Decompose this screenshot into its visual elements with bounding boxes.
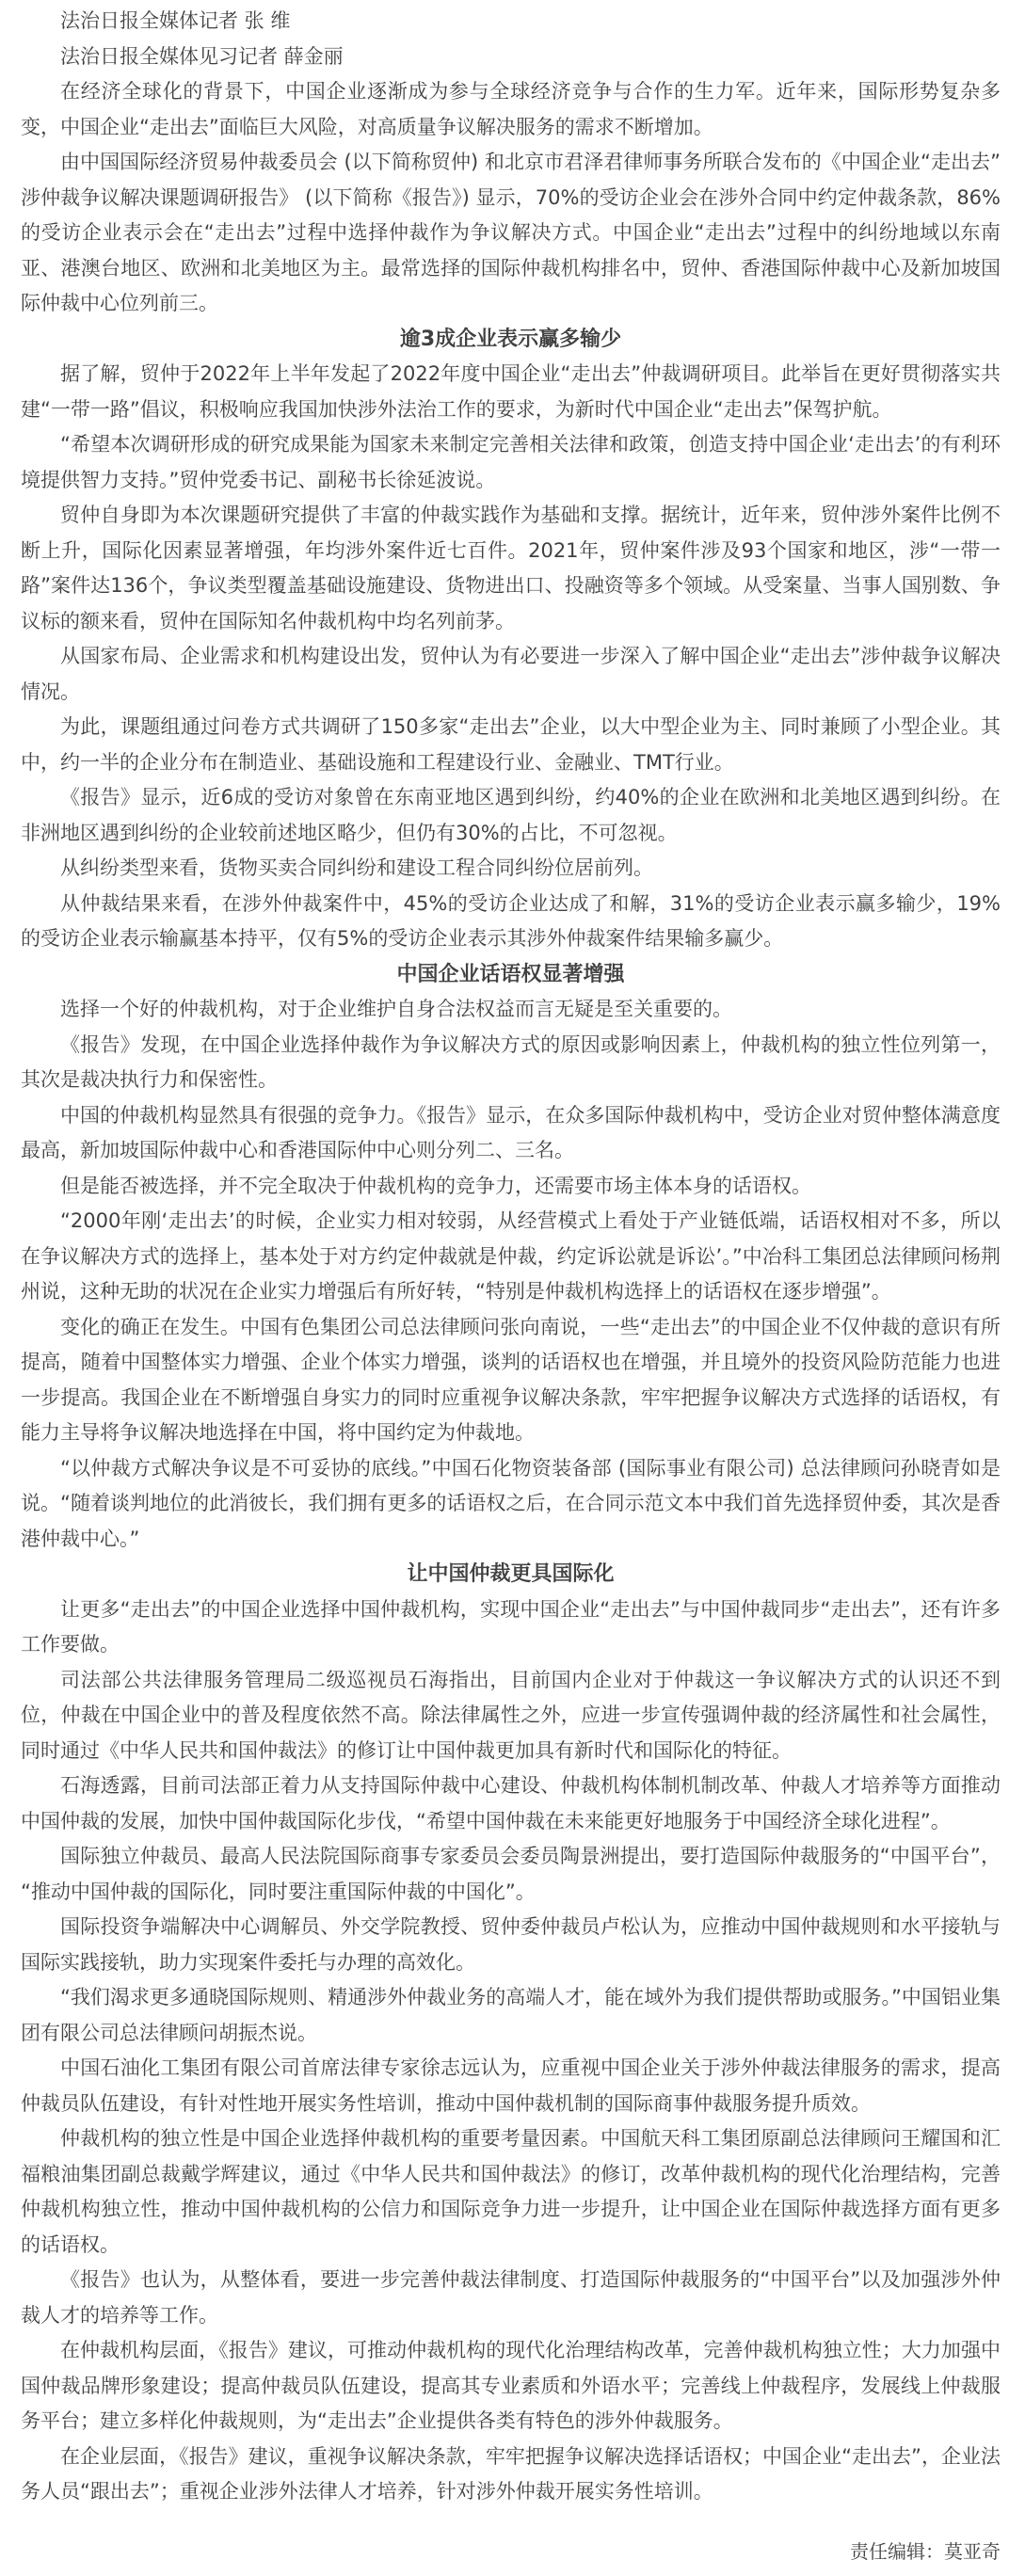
article-page: { "page": { "background_color": "#ffffff… (0, 0, 1025, 2576)
paragraph: “我们渴求更多通晓国际规则、精通涉外仲裁业务的高端人才，能在域外为我们提供帮助或… (21, 1980, 1001, 2051)
section-heading-3: 让中国仲裁更具国际化 (21, 1557, 1001, 1592)
paragraph: 在企业层面，《报告》建议，重视争议解决条款，牢牢把握争议解决选择话语权；中国企业… (21, 2440, 1001, 2510)
paragraph: 在仲裁机构层面，《报告》建议，可推动仲裁机构的现代化治理结构改革，完善仲裁机构独… (21, 2333, 1001, 2440)
editor-credit: 责任编辑：莫亚奇 (850, 2540, 1001, 2563)
paragraph: 《报告》也认为，从整体看，要进一步完善仲裁法律制度、打造国际仲裁服务的“中国平台… (21, 2263, 1001, 2333)
paragraph: 中国石油化工集团有限公司首席法律专家徐志远认为，应重视中国企业关于涉外仲裁法律服… (21, 2051, 1001, 2121)
paragraph: 《报告》显示，近6成的受访对象曾在东南亚地区遇到纠纷，约40%的企业在欧洲和北美… (21, 780, 1001, 851)
paragraph: 由中国国际经济贸易仲裁委员会 (以下简称贸仲) 和北京市君泽君律师事务所联合发布… (21, 145, 1001, 322)
paragraph: 让更多“走出去”的中国企业选择中国仲裁机构，实现中国企业“走出去”与中国仲裁同步… (21, 1592, 1001, 1663)
paragraph: 从纠纷类型来看，货物买卖合同纠纷和建设工程合同纠纷位居前列。 (21, 851, 1001, 887)
paragraph: 中国的仲裁机构显然具有很强的竞争力。《报告》显示，在众多国际仲裁机构中，受访企业… (21, 1098, 1001, 1169)
paragraph: 《报告》发现，在中国企业选择仲裁作为争议解决方式的原因或影响因素上，仲裁机构的独… (21, 1028, 1001, 1098)
paragraph: 国际独立仲裁员、最高人民法院国际商事专家委员会委员陶景洲提出，要打造国际仲裁服务… (21, 1839, 1001, 1910)
paragraph: “以仲裁方式解决争议是不可妥协的底线。”中国石化物资装备部 (国际事业有限公司)… (21, 1451, 1001, 1558)
section-heading-1: 逾3成企业表示赢多输少 (21, 322, 1001, 358)
paragraph: “2000年刚‘走出去’的时候，企业实力相对较弱，从经营模式上看处于产业链低端，… (21, 1204, 1001, 1310)
byline-reporter: 法治日报全媒体记者 张 维 (21, 4, 1001, 40)
paragraph: 在经济全球化的背景下，中国企业逐渐成为参与全球经济竞争与合作的生力军。近年来，国… (21, 74, 1001, 145)
paragraph: 变化的确正在发生。中国有色集团公司总法律顾问张向南说，一些“走出去”的中国企业不… (21, 1310, 1001, 1451)
byline-trainee-reporter: 法治日报全媒体见习记者 薛金丽 (21, 40, 1001, 75)
article-body: 法治日报全媒体记者 张 维 法治日报全媒体见习记者 薛金丽 在经济全球化的背景下… (0, 0, 1025, 2576)
paragraph: 司法部公共法律服务管理局二级巡视员石海指出，目前国内企业对于仲裁这一争议解决方式… (21, 1663, 1001, 1769)
paragraph: 贸仲自身即为本次课题研究提供了丰富的仲裁实践作为基础和支撑。据统计，近年来，贸仲… (21, 498, 1001, 639)
paragraph: 选择一个好的仲裁机构，对于企业维护自身合法权益而言无疑是至关重要的。 (21, 992, 1001, 1028)
paragraph: 石海透露，目前司法部正着力从支持国际仲裁中心建设、仲裁机构体制机制改革、仲裁人才… (21, 1768, 1001, 1839)
paragraph: 为此，课题组通过问卷方式共调研了150多家“走出去”企业，以大中型企业为主、同时… (21, 710, 1001, 780)
paragraph: 据了解，贸仲于2022年上半年发起了2022年度中国企业“走出去”仲裁调研项目。… (21, 357, 1001, 427)
paragraph: 从国家布局、企业需求和机构建设出发，贸仲认为有必要进一步深入了解中国企业“走出去… (21, 639, 1001, 710)
paragraph: 仲裁机构的独立性是中国企业选择仲裁机构的重要考量因素。中国航天科工集团原副总法律… (21, 2121, 1001, 2263)
paragraph: 从仲裁结果来看，在涉外仲裁案件中，45%的受访企业达成了和解，31%的受访企业表… (21, 887, 1001, 957)
paragraph: 国际投资争端解决中心调解员、外交学院教授、贸仲委仲裁员卢松认为，应推动中国仲裁规… (21, 1910, 1001, 1980)
paragraph: 但是能否被选择，并不完全取决于仲裁机构的竞争力，还需要市场主体本身的话语权。 (21, 1169, 1001, 1205)
section-heading-2: 中国企业话语权显著增强 (21, 957, 1001, 993)
paragraph: “希望本次调研形成的研究成果能为国家未来制定完善相关法律和政策，创造支持中国企业… (21, 427, 1001, 498)
